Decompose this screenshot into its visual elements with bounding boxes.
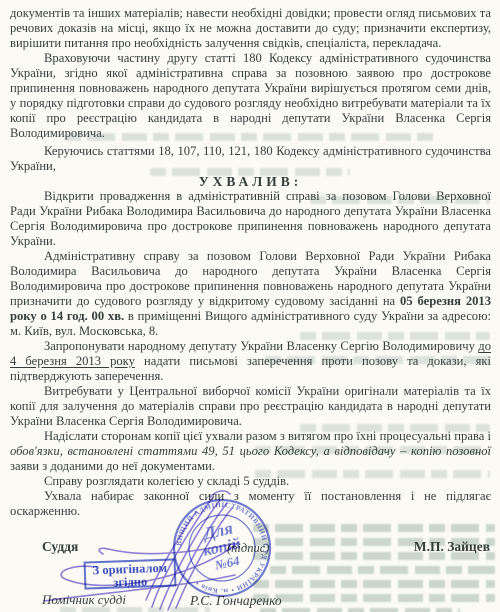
paragraph: Надіслати сторонам копії цієї ухвали раз…: [10, 429, 491, 474]
paragraph: Враховуючи частину другу статті 180 Коде…: [10, 51, 491, 141]
scanned-court-ruling-page: документів та інших матеріалів; навести …: [0, 0, 500, 612]
judge-label: Суддя: [42, 539, 78, 555]
text-segment: Відкрити провадження в адміністративній …: [10, 189, 491, 248]
paragraph: Відкрити провадження в адміністративній …: [10, 189, 491, 249]
text-segment: Надіслати сторонам копії цієї ухвали раз…: [44, 429, 491, 443]
text-segment: Справу розглядати колегією у складі 5 су…: [44, 474, 289, 488]
judge-name: М.П. Зайцев: [414, 539, 490, 555]
decision-heading: УХВАЛИВ:: [10, 174, 491, 189]
paragraph: Запропонувати народному депутату України…: [10, 339, 491, 384]
text-segment: обов'язки, встановлені статтями 49, 51 ц…: [10, 444, 491, 458]
assistant-label: Помічник судді: [42, 592, 126, 608]
court-round-stamp: ВИЩИЙ АДМІНІСТРАТИВНИЙ СУД УКРАЇНИ • м. …: [162, 488, 282, 608]
copy-certification-stamp: З оригіналом згідно: [84, 558, 177, 589]
paragraph: Адміністративну справу за позовом Голови…: [10, 249, 491, 339]
paragraph: Керуючись статтями 18, 107, 110, 121, 18…: [10, 144, 491, 174]
text-segment: Керуючись статтями 18, 107, 110, 121, 18…: [10, 144, 491, 173]
paragraph: документів та інших матеріалів; навести …: [10, 6, 491, 51]
document-body: документів та інших матеріалів; навести …: [10, 6, 491, 519]
text-segment: Запропонувати народному депутату України…: [44, 339, 478, 353]
text-segment: Витребувати у Центральної виборчої коміс…: [10, 384, 491, 428]
text-segment: Враховуючи частину другу статті 180 Коде…: [10, 51, 491, 140]
text-segment: заяви з доданими до неї документами.: [10, 459, 215, 473]
text-segment: документів та інших матеріалів; навести …: [10, 6, 491, 50]
paragraph: Справу розглядати колегією у складі 5 су…: [10, 474, 491, 489]
paragraph: Витребувати у Центральної виборчої коміс…: [10, 384, 491, 429]
